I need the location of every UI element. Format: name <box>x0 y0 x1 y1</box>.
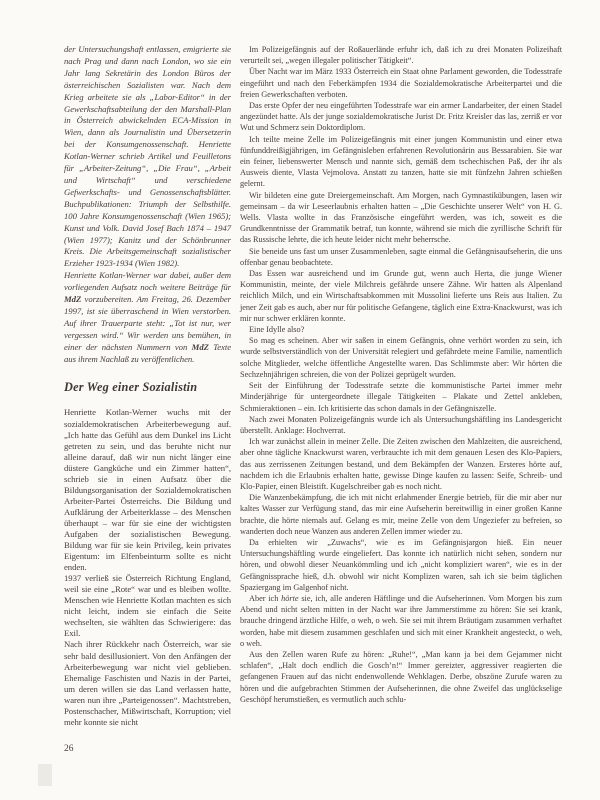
paragraph: So mag es scheinen. Aber wir saßen in ei… <box>240 335 562 380</box>
paragraph: Seit der Einführung der Todesstrafe setz… <box>240 380 562 414</box>
right-column: Im Polizeigefängnis auf der Roßauerlände… <box>240 44 562 705</box>
paragraph: Im Polizeigefängnis auf der Roßauerlände… <box>240 44 562 66</box>
paragraph: Henriette Kotlan-Werner war dabei, außer… <box>64 270 231 365</box>
paragraph: Da erhielten wir „Zuwachs“, wie es im Ge… <box>240 537 562 593</box>
paragraph: Eine Idylle also? <box>240 324 562 335</box>
paragraph: Henriette Kotlan-Werner wuchs mit der so… <box>64 407 231 573</box>
scan-edge-artifact <box>38 764 52 786</box>
page-number: 26 <box>64 744 74 754</box>
paragraph: der Untersuchungshaft entlassen, emigrie… <box>64 44 231 270</box>
paragraph: Nach zwei Monaten Polizeigefängnis wurde… <box>240 414 562 436</box>
article-lead-text: Henriette Kotlan-Werner wuchs mit der so… <box>64 407 231 727</box>
book-page: der Untersuchungshaft entlassen, emigrie… <box>0 0 600 800</box>
paragraph: Das erste Opfer der neu eingeführten Tod… <box>240 100 562 134</box>
paragraph: Aus den Zellen waren Rufe zu hören: „Ruh… <box>240 649 562 705</box>
paragraph: Aber ich hörte sie, ich, alle anderen Hä… <box>240 593 562 649</box>
paragraph: Nach ihrer Rückkehr nach Österreich, war… <box>64 639 231 727</box>
editorial-intro: der Untersuchungshaft entlassen, emigrie… <box>64 44 231 365</box>
left-column: der Untersuchungshaft entlassen, emigrie… <box>64 44 231 728</box>
paragraph: Sie beneide uns fast um unser Zusammenle… <box>240 246 562 268</box>
paragraph: Die Wanzenbekämpfung, die ich mit nicht … <box>240 492 562 537</box>
paragraph: 1937 verließ sie Österreich Richtung Eng… <box>64 573 231 639</box>
article-heading: Der Weg einer Sozialistin <box>64 380 231 395</box>
paragraph: Das Essen war ausreichend und im Grunde … <box>240 268 562 324</box>
paragraph: Ich teilte meine Zelle im Polizeigefängn… <box>240 134 562 190</box>
paragraph: Wir bildeten eine gute Dreiergemeinschaf… <box>240 190 562 246</box>
paragraph: Ich war zunächst allein in meiner Zelle.… <box>240 436 562 492</box>
paragraph: Über Nacht war im März 1933 Österreich e… <box>240 66 562 100</box>
